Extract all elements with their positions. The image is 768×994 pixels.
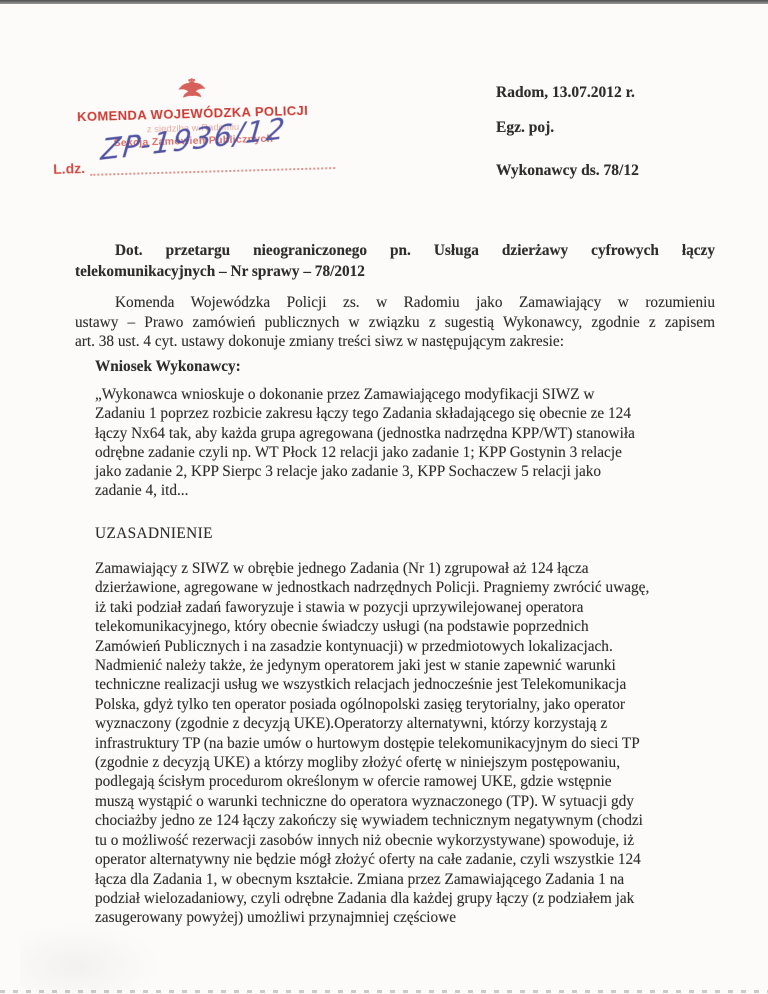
text-line: Nadmienić należy także, że jedynym opera… xyxy=(95,656,709,675)
stamp-ldz-label: L.dz. xyxy=(53,160,85,177)
text-line: chociażby jedno ze 124 łączy zakończy si… xyxy=(95,811,709,830)
text-line: Zamówień Publicznych i na zasadzie konty… xyxy=(95,637,709,656)
text-line: Wniosek Wykonawcy: xyxy=(95,357,241,377)
scan-smudge-artifact xyxy=(20,924,160,994)
text-line: Polska, gdyż tylko ten operator posiada … xyxy=(95,695,709,714)
scanned-document-page: KOMENDA WOJEWÓDZKA POLICJI z siedzibą w … xyxy=(0,0,768,994)
text-line: muszą wystąpić o warunki techniczne do o… xyxy=(95,792,709,811)
text-line: techniczne realizacji usług we wszystkic… xyxy=(95,675,709,694)
text-line: zasugerowany powyżej) umożliwi przynajmn… xyxy=(95,908,709,927)
text-line: Zadaniu 1 poprzez rozbicie zakresu łączy… xyxy=(95,404,703,423)
text-line: infrastruktury TP (na bazie umów o hurto… xyxy=(95,734,709,753)
intro-paragraph: Komenda Wojewódzka Policji zs. w Radomiu… xyxy=(75,293,715,352)
document-header-right: Radom, 13.07.2012 r. Egz. poj. Wykonawcy… xyxy=(496,84,639,180)
text-line: (zgodnie z decyzją UKE) a którzy mogliby… xyxy=(95,753,709,772)
text-line: iż taki podział zadań faworyzuje i stawi… xyxy=(95,598,709,617)
text-line: podlegają ścisłym procedurom określonym … xyxy=(95,772,709,791)
text-line: łącza dla Zadania 1, w obecnym kształcie… xyxy=(95,870,709,889)
text-line: wyznaczony (zgodnie z decyzją UKE).Opera… xyxy=(95,714,709,733)
text-line: zadanie 4, itd... xyxy=(95,481,703,500)
text-line: Dot. przetargu nieograniczonego pn. Usłu… xyxy=(75,241,715,262)
document-date: Radom, 13.07.2012 r. xyxy=(496,84,639,102)
text-line: Zamawiający z SIWZ w obrębie jednego Zad… xyxy=(95,559,709,578)
eagle-emblem-icon xyxy=(177,78,208,105)
stamp-reference-row: L.dz. xyxy=(49,153,339,177)
text-line: jako zadanie 2, KPP Sierpc 3 relacje jak… xyxy=(95,462,703,481)
scan-bottom-edge-artifact xyxy=(0,990,768,993)
text-line: operator alternatywny nie będzie mógł zł… xyxy=(95,850,709,869)
office-stamp: KOMENDA WOJEWÓDZKA POLICJI z siedzibą w … xyxy=(47,74,340,177)
text-line: łączy Nx64 tak, aby każda grupa agregowa… xyxy=(95,424,703,443)
text-line: odrębne zadanie czyli np. WT Płock 12 re… xyxy=(95,443,703,462)
request-quote-paragraph: „Wykonawca wnioskuje o dokonanie przez Z… xyxy=(95,385,703,501)
request-heading: Wniosek Wykonawcy: xyxy=(95,357,241,377)
text-line: UZASADNIENIE xyxy=(95,524,213,544)
text-line: art. 38 ust. 4 cyt. ustawy dokonuje zmia… xyxy=(75,332,715,352)
subject-paragraph: Dot. przetargu nieograniczonego pn. Usłu… xyxy=(75,241,715,282)
scan-top-edge-artifact xyxy=(0,0,768,4)
copy-designation: Egz. poj. xyxy=(496,119,639,137)
text-line: „Wykonawca wnioskuje o dokonanie przez Z… xyxy=(95,385,703,404)
text-line: Komenda Wojewódzka Policji zs. w Radomiu… xyxy=(75,293,715,313)
justification-paragraph: Zamawiający z SIWZ w obrębie jednego Zad… xyxy=(95,559,709,928)
text-line: dzierżawione, agregowane w jednostkach n… xyxy=(95,578,709,597)
text-line: tu o możliwość rezerwacji zasobów innych… xyxy=(95,831,709,850)
recipient-line: Wykonawcy ds. 78/12 xyxy=(496,162,639,180)
text-line: telekomunikacyjnego, który obecnie świad… xyxy=(95,617,709,636)
text-line: telekomunikacyjnych – Nr sprawy – 78/201… xyxy=(75,262,715,283)
justification-heading: UZASADNIENIE xyxy=(95,524,213,544)
text-line: ustawy – Prawo zamówień publicznych w zw… xyxy=(75,313,715,333)
text-line: podział wielozadaniowy, czyli odrębne Za… xyxy=(95,889,709,908)
